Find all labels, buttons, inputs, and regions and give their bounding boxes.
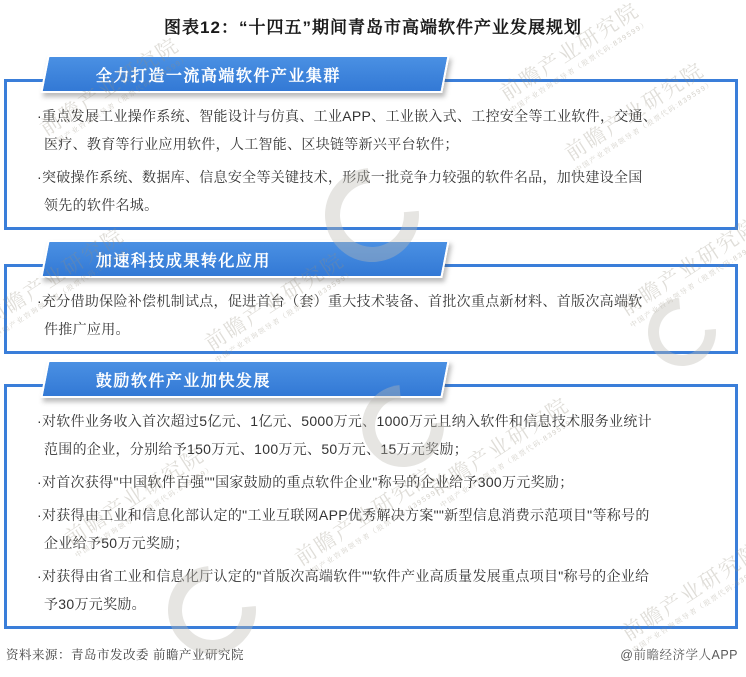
section-content-box: ·重点发展工业操作系统、智能设计与仿真、工业APP、工业嵌入式、工控安全等工业软… <box>4 79 738 230</box>
bullet-line: 企业给予50万元奖励； <box>37 529 717 557</box>
bullet-line: 医疗、教育等行业应用软件，人工智能、区块链等新兴平台软件； <box>37 130 717 158</box>
section-header-label: 鼓励软件产业加快发展 <box>46 368 271 391</box>
source-note: 资料来源：青岛市发改委 前瞻产业研究院 <box>6 645 244 663</box>
footer: 资料来源：青岛市发改委 前瞻产业研究院 @前瞻经济学人APP <box>6 645 738 663</box>
header-parallelogram: 鼓励软件产业加快发展 <box>40 360 449 398</box>
bullet-line: ·对首次获得"中国软件百强""国家鼓励的重点软件企业"称号的企业给予300万元奖… <box>37 468 717 496</box>
section-header-cluster: 全力打造一流高端软件产业集群 <box>44 55 446 93</box>
bullet-line: 领先的软件名城。 <box>37 191 717 219</box>
bullet-line: 件推广应用。 <box>37 315 717 343</box>
section-header-incentives: 鼓励软件产业加快发展 <box>44 360 446 398</box>
bullet-line: 予30万元奖励。 <box>37 590 717 618</box>
header-parallelogram: 加速科技成果转化应用 <box>40 240 449 278</box>
bullet-line: 范围的企业，分别给予150万元、100万元、50万元、15万元奖励； <box>37 435 717 463</box>
section-header-label: 全力打造一流高端软件产业集群 <box>46 63 341 86</box>
bullet-line: ·对软件业务收入首次超过5亿元、1亿元、5000万元、1000万元且纳入软件和信… <box>37 407 717 435</box>
list-item: ·对软件业务收入首次超过5亿元、1亿元、5000万元、1000万元且纳入软件和信… <box>37 407 717 463</box>
section-content-box: ·对软件业务收入首次超过5亿元、1亿元、5000万元、1000万元且纳入软件和信… <box>4 384 738 629</box>
bullet-line: ·对获得由工业和信息化部认定的"工业互联网APP优秀解决方案""新型信息消费示范… <box>37 501 717 529</box>
bullet-line: ·充分借助保险补偿机制试点，促进首台（套）重大技术装备、首批次重点新材料、首版次… <box>37 287 717 315</box>
section-header-label: 加速科技成果转化应用 <box>46 248 271 271</box>
section-tech-transfer: 加速科技成果转化应用 ·充分借助保险补偿机制试点，促进首台（套）重大技术装备、首… <box>4 240 738 354</box>
list-item: ·重点发展工业操作系统、智能设计与仿真、工业APP、工业嵌入式、工控安全等工业软… <box>37 102 717 158</box>
figure-title: 图表12：“十四五”期间青岛市高端软件产业发展规划 <box>0 0 746 38</box>
credit-note: @前瞻经济学人APP <box>620 645 738 663</box>
list-item: ·充分借助保险补偿机制试点，促进首台（套）重大技术装备、首批次重点新材料、首版次… <box>37 287 717 343</box>
list-item: ·对获得由省工业和信息化厅认定的"首版次高端软件""软件产业高质量发展重点项目"… <box>37 562 717 618</box>
list-item: ·对获得由工业和信息化部认定的"工业互联网APP优秀解决方案""新型信息消费示范… <box>37 501 717 557</box>
section-header-transfer: 加速科技成果转化应用 <box>44 240 446 278</box>
list-item: ·突破操作系统、数据库、信息安全等关键技术，形成一批竞争力较强的软件名品，加快建… <box>37 163 717 219</box>
bullet-line: ·对获得由省工业和信息化厅认定的"首版次高端软件""软件产业高质量发展重点项目"… <box>37 562 717 590</box>
section-industry-incentives: 鼓励软件产业加快发展 ·对软件业务收入首次超过5亿元、1亿元、5000万元、10… <box>4 360 738 629</box>
header-parallelogram: 全力打造一流高端软件产业集群 <box>40 55 449 93</box>
bullet-line: ·突破操作系统、数据库、信息安全等关键技术，形成一批竞争力较强的软件名品，加快建… <box>37 163 717 191</box>
list-item: ·对首次获得"中国软件百强""国家鼓励的重点软件企业"称号的企业给予300万元奖… <box>37 468 717 496</box>
section-software-cluster: 全力打造一流高端软件产业集群 ·重点发展工业操作系统、智能设计与仿真、工业APP… <box>4 55 738 230</box>
bullet-line: ·重点发展工业操作系统、智能设计与仿真、工业APP、工业嵌入式、工控安全等工业软… <box>37 102 717 130</box>
